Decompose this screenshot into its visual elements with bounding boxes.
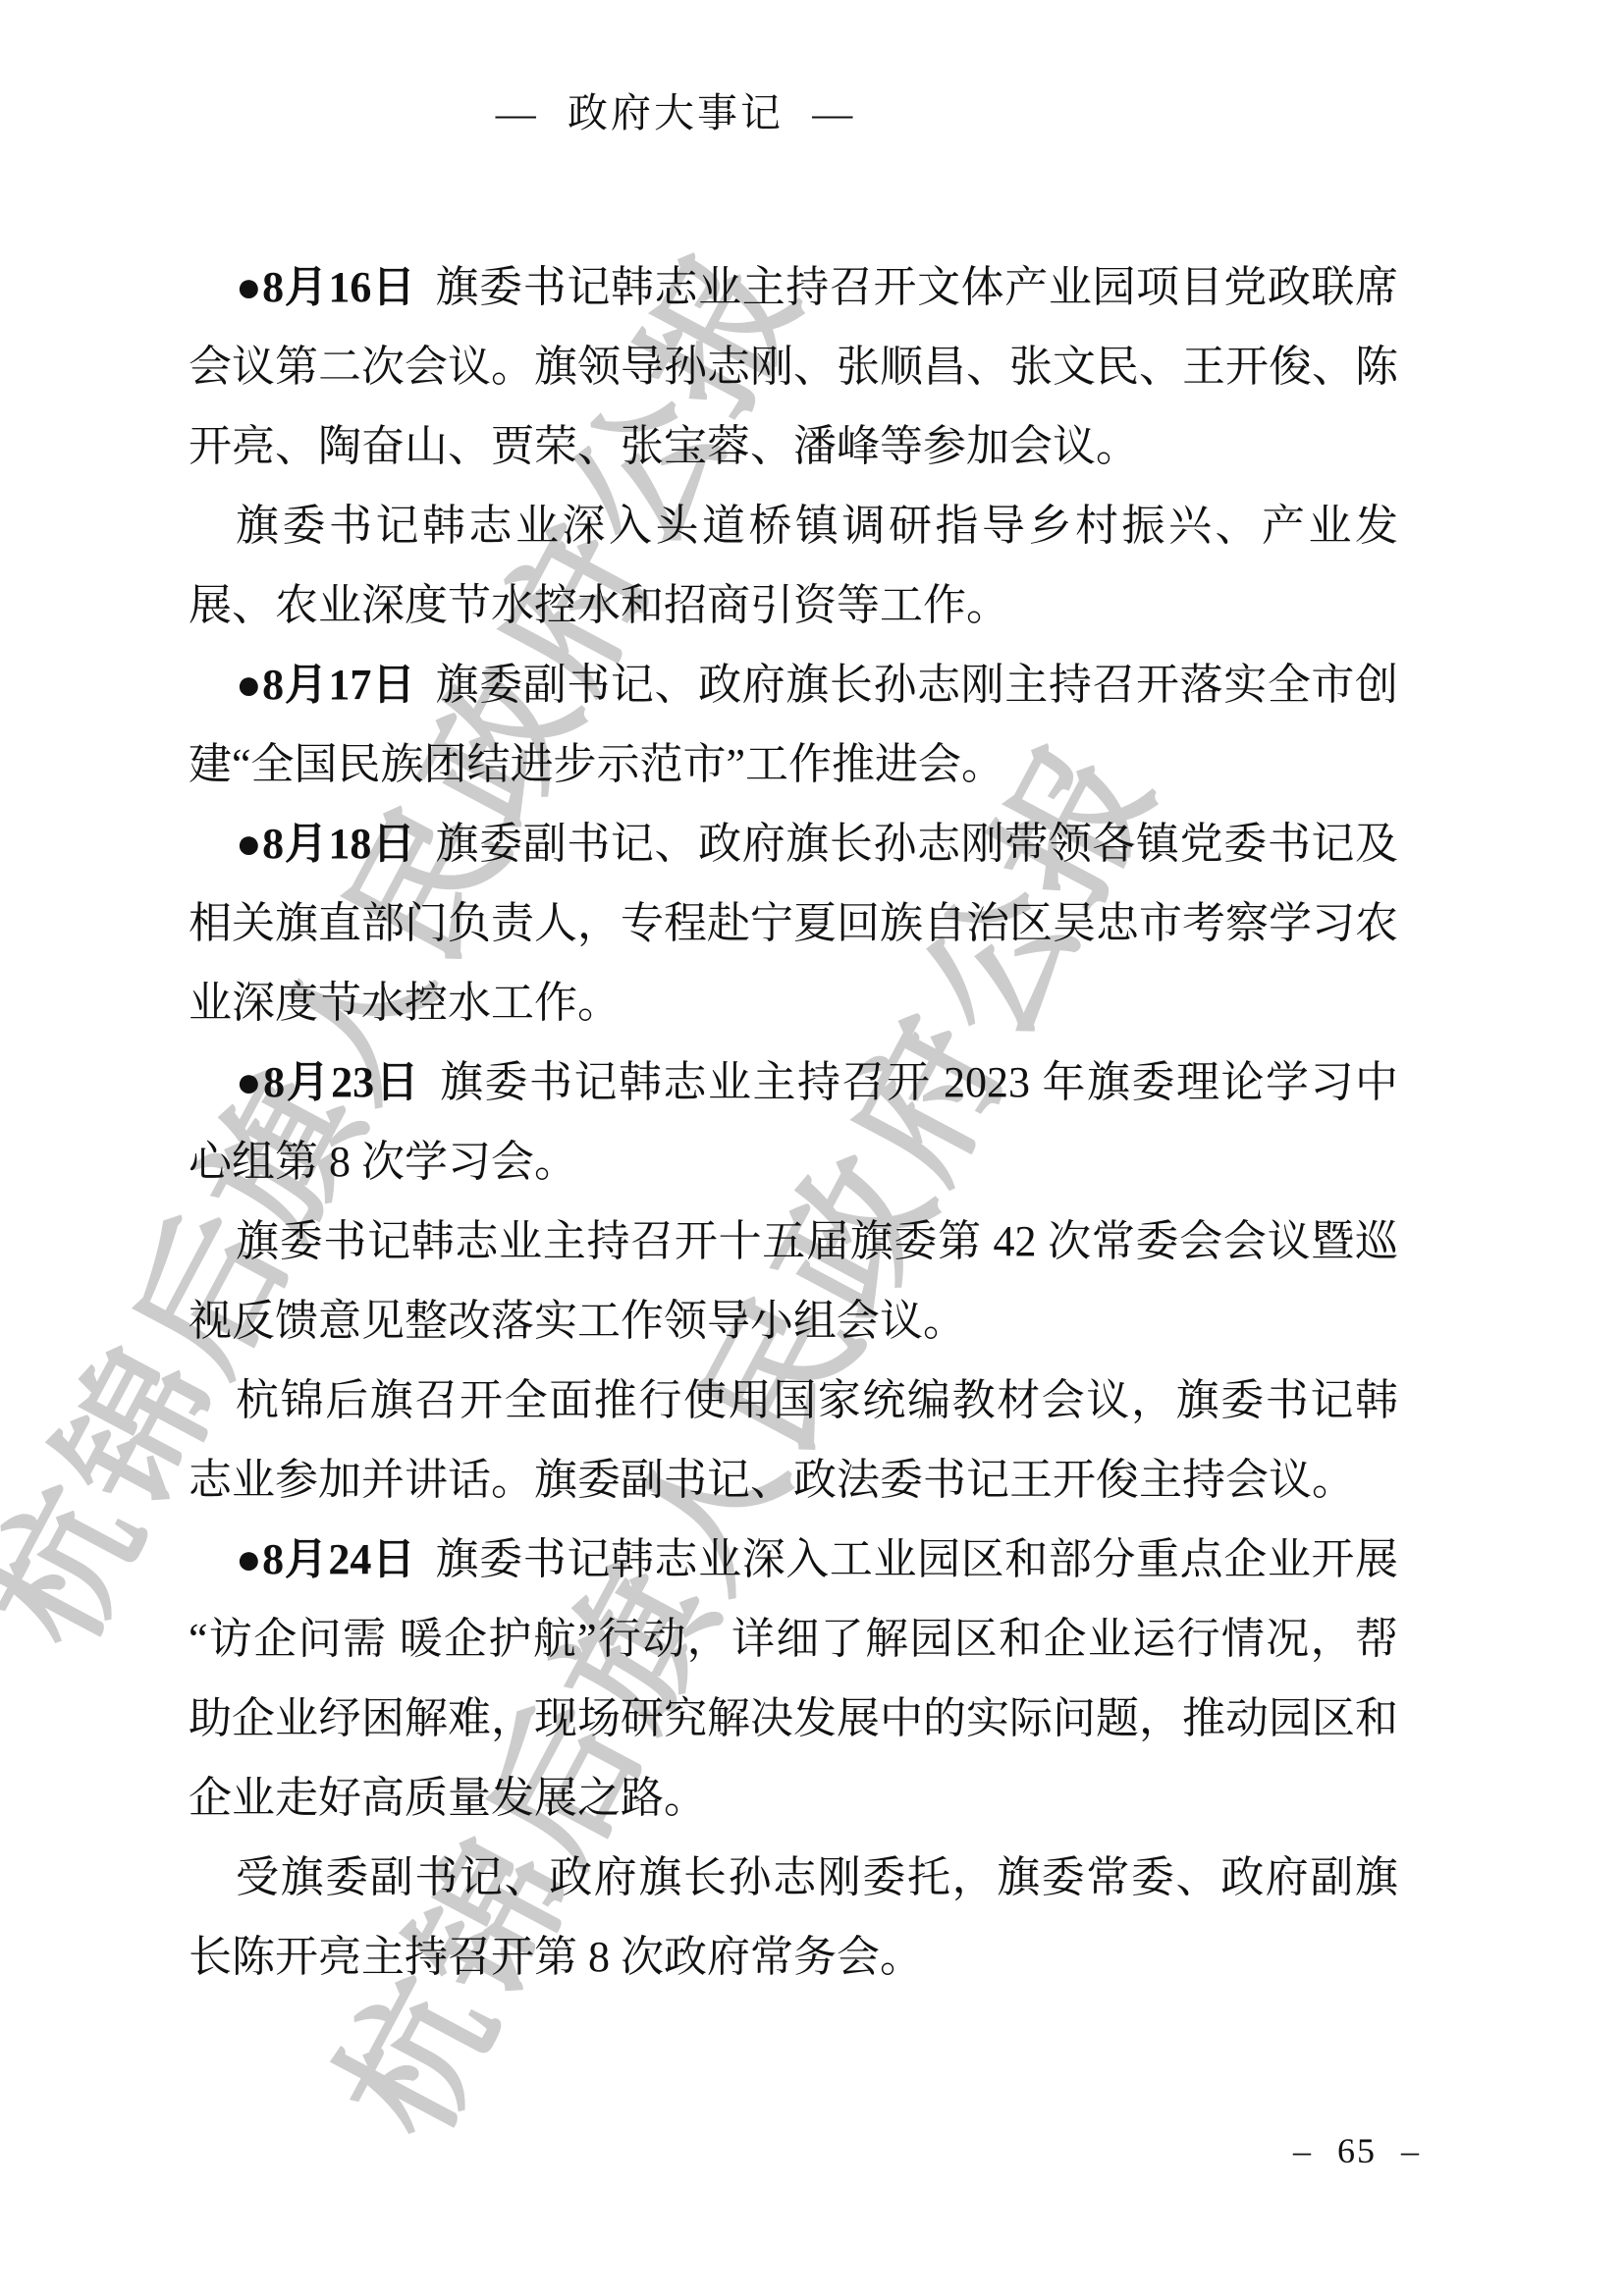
- paragraph: 杭锦后旗召开全面推行使用国家统编教材会议，旗委书记韩志业参加并讲话。旗委副书记、…: [189, 1361, 1398, 1520]
- paragraph-text: 受旗委副书记、政府旗长孙志刚委托，旗委常委、政府副旗长陈开亮主持召开第 8 次政…: [189, 1853, 1398, 1981]
- paragraph: ●8月17日旗委副书记、政府旗长孙志刚主持召开落实全市创建“全国民族团结进步示范…: [189, 645, 1398, 804]
- paragraph: ●8月23日旗委书记韩志业主持召开 2023 年旗委理论学习中心组第 8 次学习…: [189, 1042, 1398, 1201]
- paragraph: 旗委书记韩志业深入头道桥镇调研指导乡村振兴、产业发展、农业深度节水控水和招商引资…: [189, 486, 1398, 645]
- paragraph-text: 杭锦后旗召开全面推行使用国家统编教材会议，旗委书记韩志业参加并讲话。旗委副书记、…: [189, 1376, 1398, 1504]
- paragraph-date-lead: ●8月16日: [236, 263, 416, 311]
- page-header-title: — 政府大事记 —: [0, 80, 1351, 138]
- paragraph-text: 旗委书记韩志业主持召开十五届旗委第 42 次常委会会议暨巡视反馈意见整改落实工作…: [189, 1217, 1398, 1345]
- paragraph: ●8月16日旗委书记韩志业主持召开文体产业园项目党政联席会议第二次会议。旗领导孙…: [189, 247, 1398, 486]
- paragraph-date-lead: ●8月24日: [236, 1535, 416, 1583]
- document-body: ●8月16日旗委书记韩志业主持召开文体产业园项目党政联席会议第二次会议。旗领导孙…: [189, 247, 1398, 1997]
- document-page: 杭锦后旗人民政府公报 杭锦后旗人民政府公报 — 政府大事记 — ●8月16日旗委…: [0, 0, 1624, 2296]
- paragraph: 受旗委副书记、政府旗长孙志刚委托，旗委常委、政府副旗长陈开亮主持召开第 8 次政…: [189, 1838, 1398, 1997]
- paragraph-date-lead: ●8月23日: [236, 1058, 420, 1106]
- paragraph-date-lead: ●8月17日: [236, 661, 416, 709]
- page-number: – 65 –: [1293, 2130, 1421, 2171]
- paragraph: ●8月24日旗委书记韩志业深入工业园区和部分重点企业开展“访企问需 暖企护航”行…: [189, 1520, 1398, 1838]
- paragraph: ●8月18日旗委副书记、政府旗长孙志刚带领各镇党委书记及相关旗直部门负责人，专程…: [189, 804, 1398, 1042]
- paragraph-date-lead: ●8月18日: [236, 820, 416, 868]
- paragraph-text: 旗委书记韩志业深入头道桥镇调研指导乡村振兴、产业发展、农业深度节水控水和招商引资…: [189, 502, 1398, 629]
- paragraph: 旗委书记韩志业主持召开十五届旗委第 42 次常委会会议暨巡视反馈意见整改落实工作…: [189, 1201, 1398, 1361]
